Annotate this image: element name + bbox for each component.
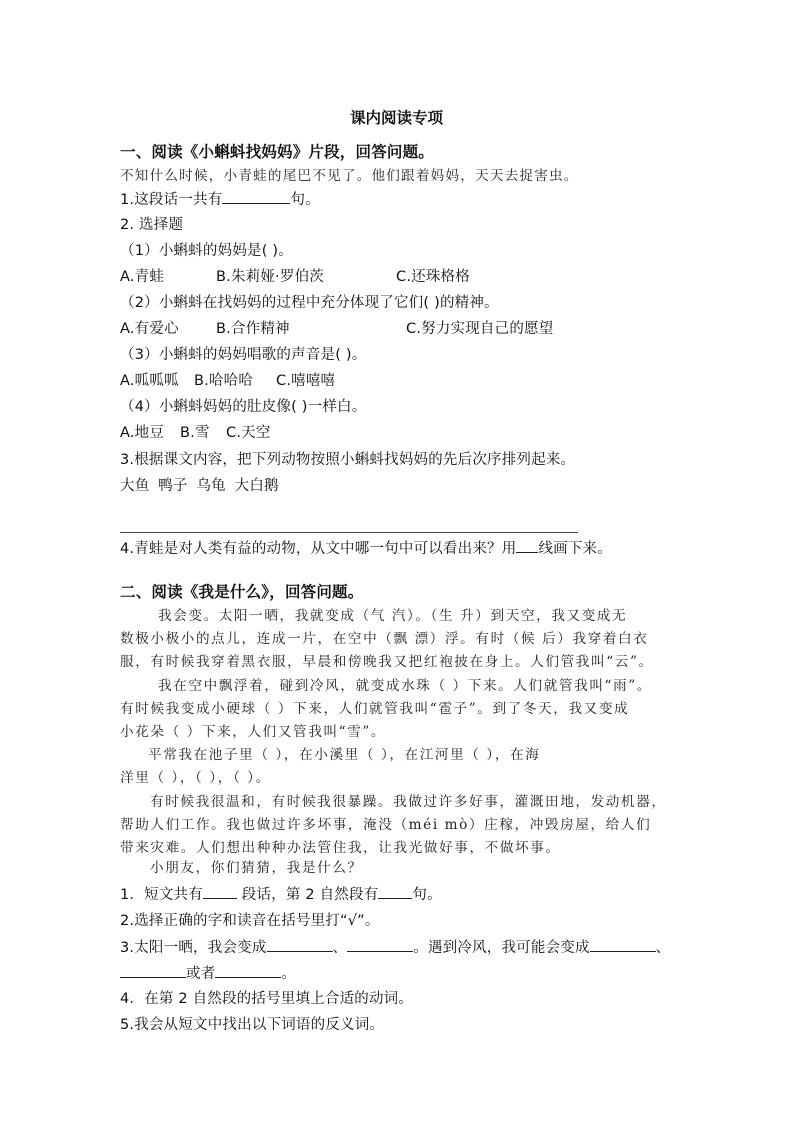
section2-heading: 二、阅读《我是什么》，回答问题。 — [120, 582, 363, 602]
s1-question-2-label: 2. 选择题 — [120, 215, 183, 235]
option-c[interactable]: C.努力实现自己的愿望 — [406, 319, 553, 339]
section1-excerpt: 不知什么时候，小青蛙的尾巴不见了。他们跟着妈妈，天天去捉害虫。 — [120, 166, 579, 186]
s2-q3-sep2: 、 — [656, 940, 671, 956]
s1-q2-item-1-stem: （1）小蝌蚪的妈妈是( )。 — [120, 241, 293, 261]
s2-q1-part3: 句。 — [412, 887, 441, 903]
s2-q3-blank-3[interactable] — [590, 937, 656, 952]
s1-question-1: 1.这段话一共有句。 — [120, 189, 320, 210]
option-a[interactable]: A.呱呱呱 — [120, 371, 179, 391]
s2-q3-blank-2[interactable] — [347, 937, 413, 952]
passage-line: 帮助人们工作。我也做过许多坏事，淹没（méi mò）庄稼，冲毁房屋，给人们 — [120, 815, 651, 835]
s1-q1-suffix: 句。 — [290, 192, 319, 208]
s2-question-5: 5.我会从短文中找出以下词语的反义词。 — [120, 1015, 384, 1035]
s2-q3-blank-4[interactable] — [120, 963, 186, 978]
s2-q1-part2: 段话，第 2 自然段有 — [237, 887, 378, 903]
s2-q1-blank-paragraphs[interactable] — [203, 884, 237, 899]
section1-heading: 一、阅读《小蝌蚪找妈妈》片段，回答问题。 — [120, 142, 434, 162]
option-b[interactable]: B.合作精神 — [216, 319, 290, 339]
s2-q1-blank-sentences[interactable] — [378, 884, 412, 899]
passage-line: 小花朵（ ）下来，人们又管我叫“雪”。 — [120, 722, 386, 742]
passage-line: 有时候我很温和，有时候我很暴躁。我做过许多好事，灌溉田地，发动机器， — [150, 792, 667, 812]
s1-q2-item-3-stem: （3）小蝌蚪的妈妈唱歌的声音是( )。 — [120, 345, 366, 365]
option-a[interactable]: A.青蛙 — [120, 267, 164, 287]
s2-question-1: 1．短文共有 段话，第 2 自然段有句。 — [120, 884, 442, 905]
worksheet-page: 课内阅读专项 一、阅读《小蝌蚪找妈妈》片段，回答问题。 不知什么时候，小青蛙的尾… — [0, 0, 793, 1122]
s2-question-2: 2.选择正确的字和读音在括号里打“√”。 — [120, 911, 380, 931]
s2-question-3-cont: 或者。 — [120, 963, 296, 984]
s2-q1-part1: 1．短文共有 — [120, 887, 203, 903]
passage-line: 带来灾难。人们想出种种办法管住我，让我光做好事，不做坏事。 — [120, 838, 561, 858]
option-b[interactable]: B.哈哈哈 — [194, 371, 253, 391]
s2-q3-part2: 。遇到冷风，我可能会变成 — [413, 940, 589, 956]
option-a[interactable]: A.地豆 — [120, 423, 164, 443]
s1-q3-answer-line[interactable] — [120, 532, 578, 533]
passage-line: 有时候我变成小硬球（ ）下来，人们就管我叫“雹子”。到了冬天，我又变成 — [120, 699, 629, 719]
option-c[interactable]: C.天空 — [226, 423, 271, 443]
passage-line: 服，有时候我穿着黑衣服，早晨和傍晚我又把红袍披在身上。人们管我叫“云”。 — [120, 652, 654, 672]
s1-q2-item-4-stem: （4）小蝌蚪妈妈的肚皮像( )一样白。 — [120, 397, 366, 417]
s2-question-4: 4．在第 2 自然段的括号里填上合适的动词。 — [120, 989, 413, 1009]
s2-q3-blank-5[interactable] — [215, 963, 281, 978]
document-title: 课内阅读专项 — [0, 106, 793, 128]
s2-question-3: 3.太阳一晒，我会变成、。遇到冷风，我可能会变成、 — [120, 937, 670, 958]
s2-q3-part1: 3.太阳一晒，我会变成 — [120, 940, 267, 956]
s2-q3-part3: 或者 — [186, 966, 215, 982]
s1-question-4: 4.青蛙是对人类有益的动物，从文中哪一句中可以看出来？用线画下来。 — [120, 538, 612, 559]
s1-q3-animals: 大鱼 鸭子 乌龟 大白鹅 — [120, 476, 279, 496]
option-c[interactable]: C.还珠格格 — [396, 267, 470, 287]
passage-line: 洋里（ ），（ ），（ ）。 — [120, 768, 271, 788]
s1-q2-item-2-stem: （2）小蝌蚪在找妈妈的过程中充分体现了它们( )的精神。 — [120, 293, 499, 313]
passage-line: 数极小极小的点儿，连成一片，在空中（飘 漂）浮。有时（候 后）我穿着白衣 — [120, 629, 648, 649]
s2-q3-end: 。 — [281, 966, 296, 982]
s1-q4-suffix: 线画下来。 — [538, 541, 612, 557]
passage-line: 平常我在池子里（ ），在小溪里（ ），在江河里（ ），在海 — [148, 745, 540, 765]
option-c[interactable]: C.嘻嘻嘻 — [276, 371, 335, 391]
s1-question-3-prompt: 3.根据课文内容，把下列动物按照小蝌蚪找妈妈的先后次序排列起来。 — [120, 450, 575, 470]
s1-q4-prefix: 4.青蛙是对人类有益的动物，从文中哪一句中可以看出来？用 — [120, 541, 516, 557]
s1-q1-answer-blank[interactable] — [222, 189, 290, 204]
s1-q4-underline-sample — [516, 538, 538, 553]
passage-line: 我会变。太阳一晒，我就变成（气 汽）。（生 升）到天空，我又变成无 — [158, 606, 627, 626]
option-b[interactable]: B.朱莉娅·罗伯茨 — [216, 267, 324, 287]
s2-q3-sep1: 、 — [333, 940, 348, 956]
option-b[interactable]: B.雪 — [180, 423, 210, 443]
s2-q3-blank-1[interactable] — [267, 937, 333, 952]
passage-line: 小朋友，你们猜猜，我是什么？ — [150, 858, 363, 878]
option-a[interactable]: A.有爱心 — [120, 319, 179, 339]
passage-line: 我在空中飘浮着，碰到冷风，就变成水珠（ ）下来。人们就管我叫“雨”。 — [158, 676, 652, 696]
s1-q1-prefix: 1.这段话一共有 — [120, 192, 222, 208]
